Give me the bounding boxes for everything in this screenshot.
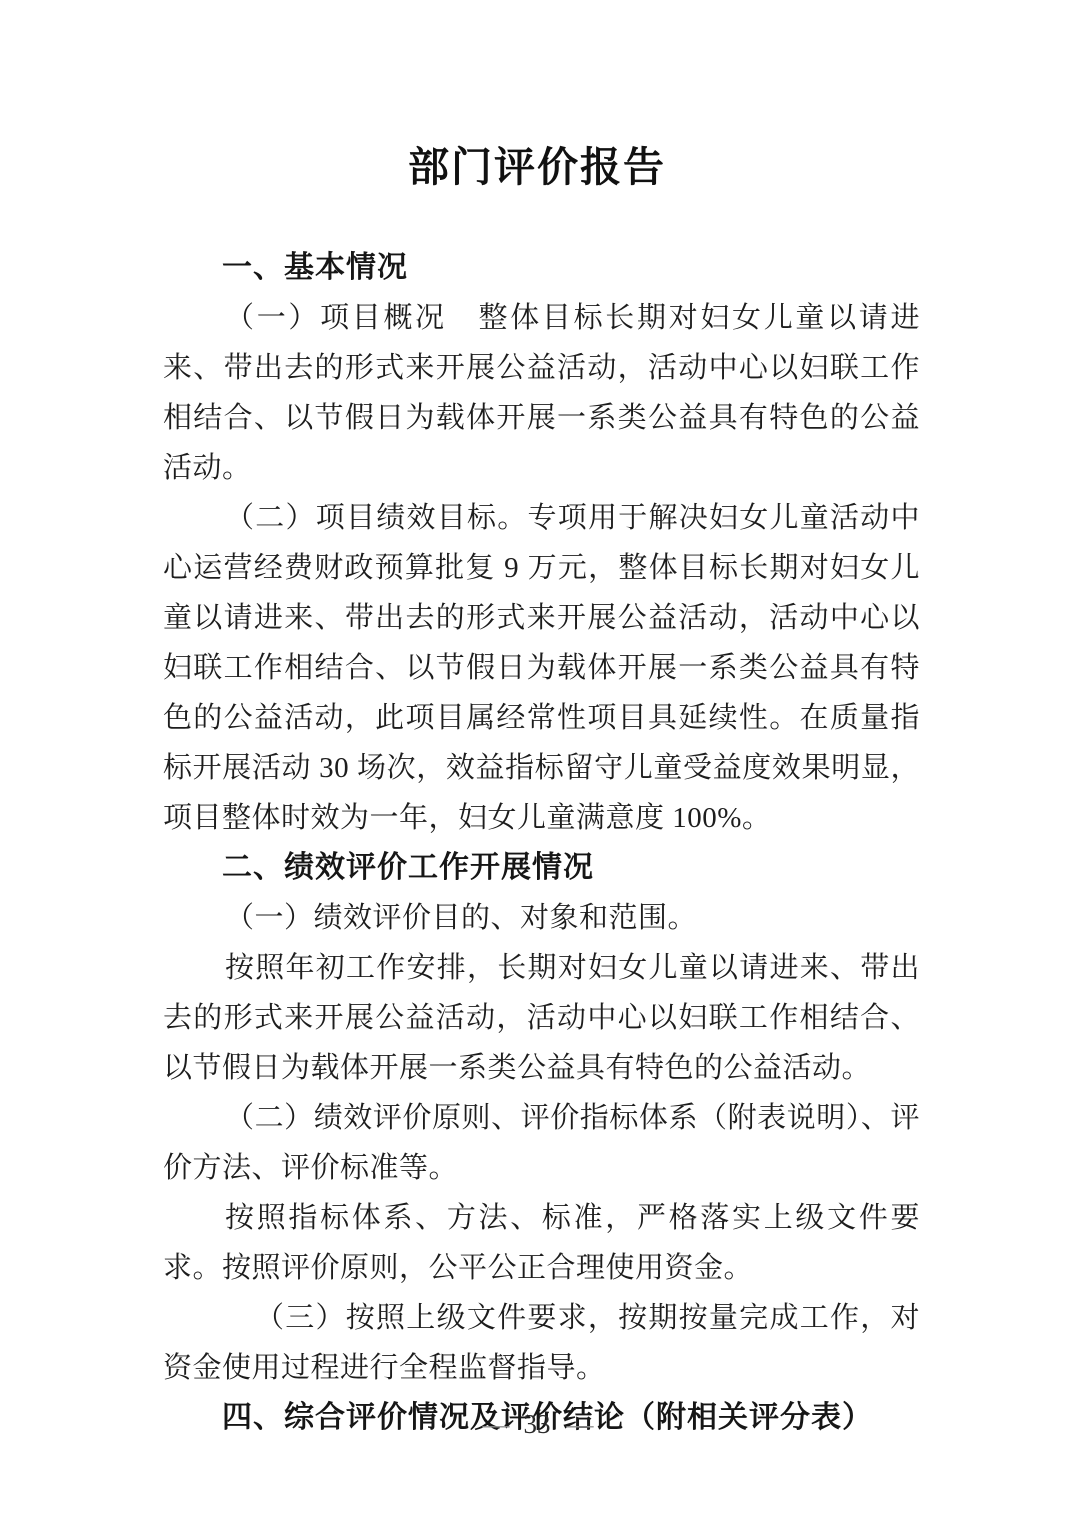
paragraph-project-performance-goal: （二）项目绩效目标。专项用于解决妇女儿童活动中心运营经费财政预算批复 9 万元，…	[163, 493, 920, 843]
page-footer: —33—	[0, 1404, 1074, 1444]
page-number: 33	[524, 1409, 551, 1439]
paragraph-evaluation-principles: （二）绩效评价原则、评价指标体系（附表说明）、评价方法、评价标准等。	[163, 1093, 920, 1193]
document-body: 一、基本情况 （一）项目概况 整体目标长期对妇女儿童以请进来、带出去的形式来开展…	[163, 243, 920, 1443]
footer-dash-left: —	[483, 1409, 508, 1439]
paragraph-annual-work-plan: 按照年初工作安排，长期对妇女儿童以请进来、带出去的形式来开展公益活动，活动中心以…	[163, 943, 920, 1093]
footer-dash-right: —	[567, 1409, 592, 1439]
paragraph-evaluation-purpose: （一）绩效评价目的、对象和范围。	[163, 893, 920, 943]
paragraph-supervision: （三）按照上级文件要求，按期按量完成工作，对资金使用过程进行全程监督指导。	[163, 1293, 920, 1393]
document-page: 部门评价报告 一、基本情况 （一）项目概况 整体目标长期对妇女儿童以请进来、带出…	[0, 0, 1074, 1520]
section-heading-2: 二、绩效评价工作开展情况	[163, 843, 920, 893]
document-title: 部门评价报告	[0, 0, 1074, 197]
paragraph-follow-standards: 按照指标体系、方法、标准，严格落实上级文件要求。按照评价原则，公平公正合理使用资…	[163, 1193, 920, 1293]
paragraph-project-overview: （一）项目概况 整体目标长期对妇女儿童以请进来、带出去的形式来开展公益活动，活动…	[163, 293, 920, 493]
section-heading-1: 一、基本情况	[163, 243, 920, 293]
